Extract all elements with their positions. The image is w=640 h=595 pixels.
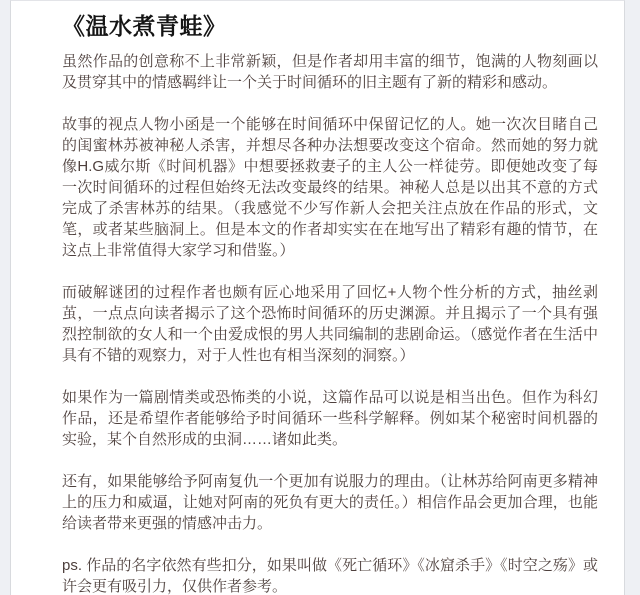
document-title: 《温水煮青蛙》 [62, 11, 598, 41]
paragraph-plot-summary: 故事的视点人物小函是一个能够在时间循环中保留记忆的人。她一次次目睹自己的闺蜜林苏… [62, 114, 598, 261]
document-viewer: 《温水煮青蛙》 虽然作品的创意称不上非常新颖，但是作者却用丰富的细节，饱满的人物… [0, 0, 640, 595]
page-gutter-right [625, 0, 640, 595]
paragraph-mystery-analysis: 而破解谜团的过程作者也颇有匠心地采用了回忆+人物个性分析的方式，抽丝剥茧，一点点… [62, 282, 598, 366]
paragraph-intro: 虽然作品的创意称不上非常新颖，但是作者却用丰富的细节，饱满的人物刻画以及贯穿其中… [62, 51, 598, 93]
paragraph-ps-title-suggestion: ps. 作品的名字依然有些扣分，如果叫做《死亡循环》《冰窟杀手》《时空之殇》或许… [62, 555, 598, 595]
paragraph-revenge-suggestion: 还有，如果能够给予阿南复仇一个更加有说服力的理由。（让林苏给阿南更多精神上的压力… [62, 471, 598, 534]
page-gutter-left [0, 0, 10, 595]
paragraph-scifi-critique: 如果作为一篇剧情类或恐怖类的小说，这篇作品可以说是相当出色。但作为科幻作品，还是… [62, 387, 598, 450]
document-page: 《温水煮青蛙》 虽然作品的创意称不上非常新颖，但是作者却用丰富的细节，饱满的人物… [10, 0, 625, 595]
